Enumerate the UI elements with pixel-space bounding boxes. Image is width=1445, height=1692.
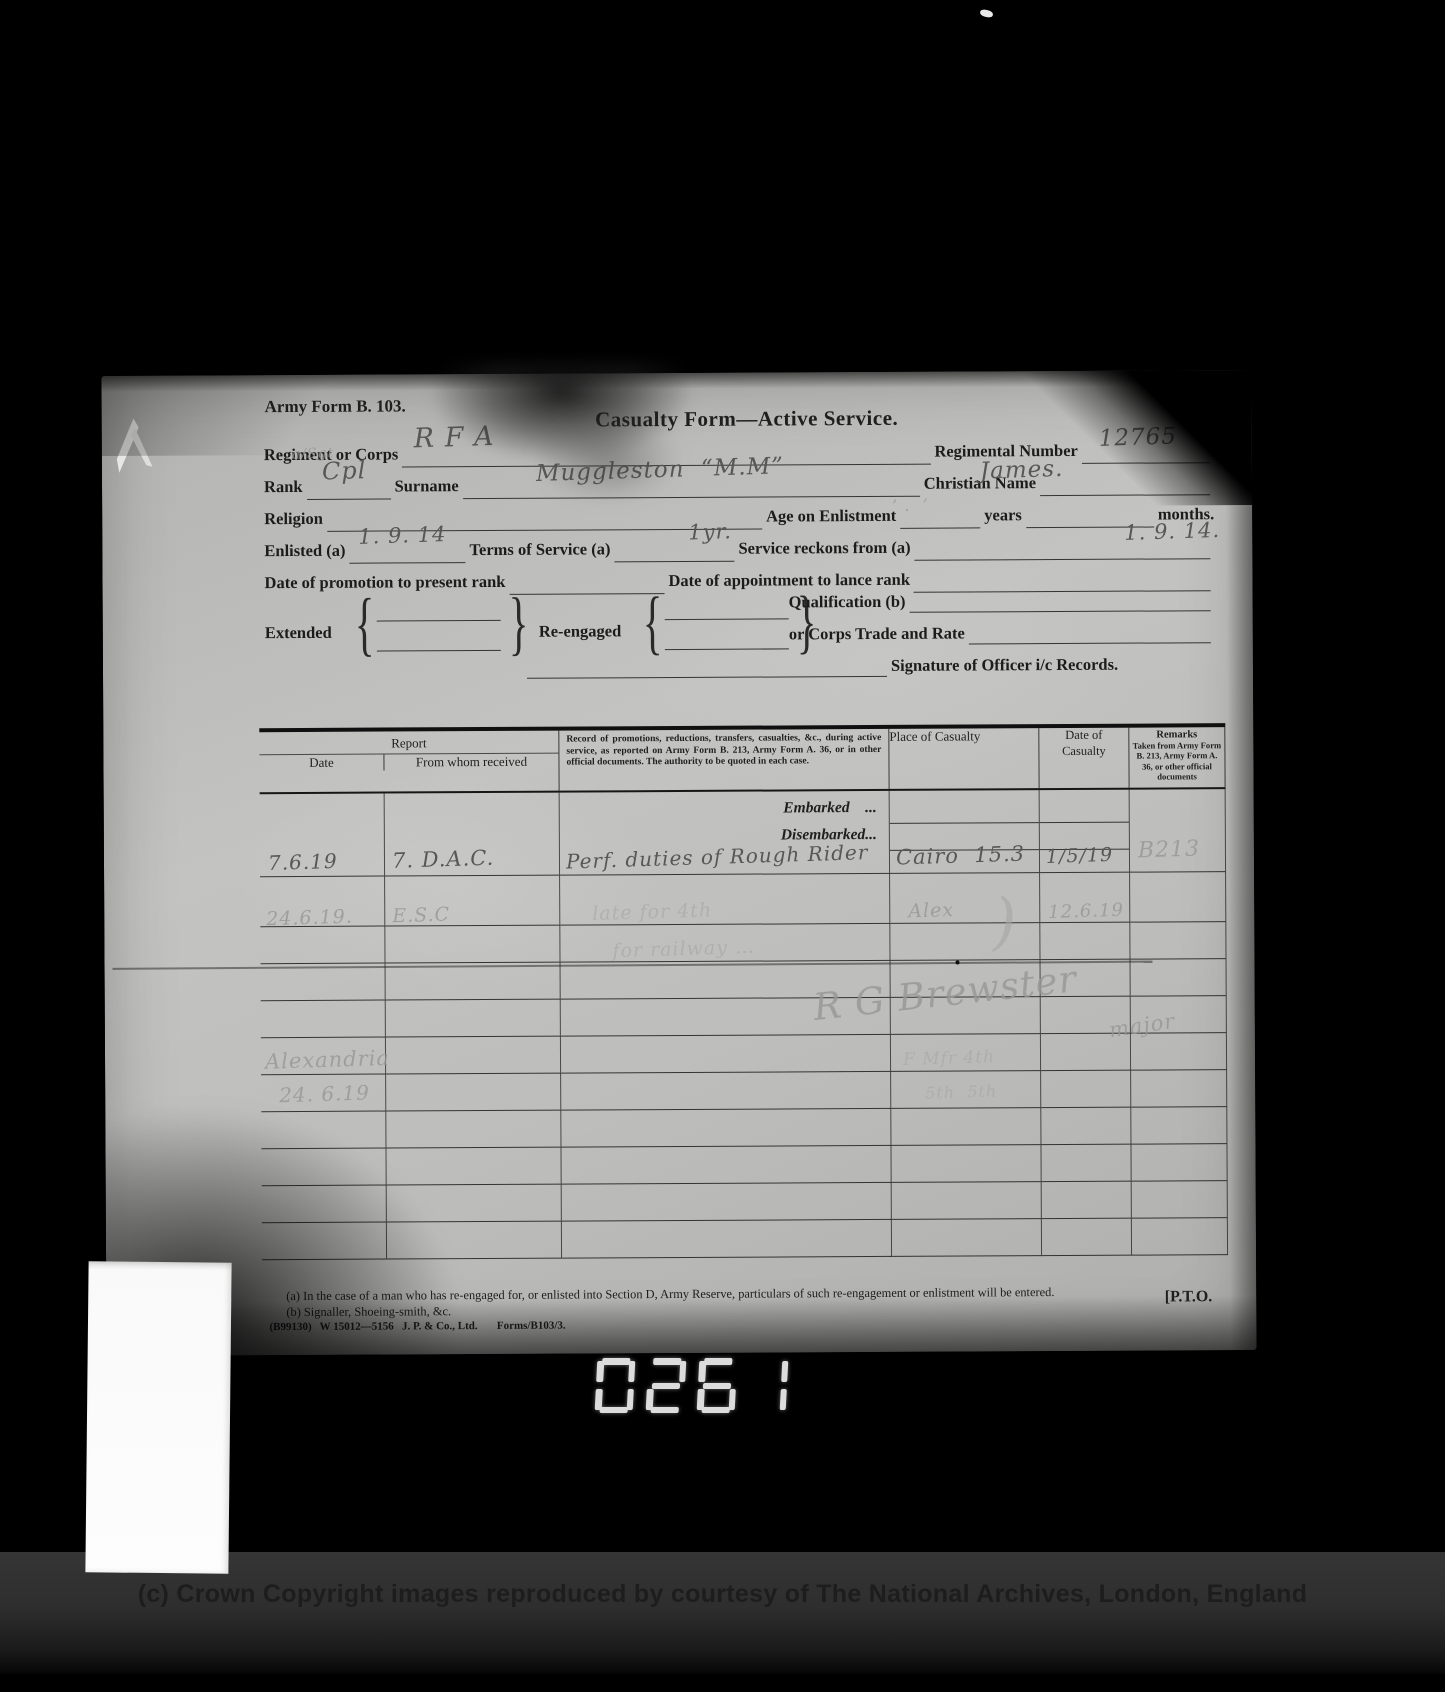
corps-trade-row: or Corps Trade and Rate [789, 622, 1215, 648]
entry3-record: for railway … [612, 938, 755, 961]
entry2-date: 24.6.19. [266, 908, 353, 930]
regiment-value: R F A [413, 423, 495, 453]
footnote-a: (a) In the case of a man who has re-enga… [286, 1285, 1054, 1304]
age-marks: ’ . ’ [892, 497, 929, 514]
date-header: Date [259, 755, 384, 772]
entry4-date: 24. 6.19 [279, 1082, 370, 1105]
table-row [261, 1107, 1227, 1149]
counter-digit [748, 1358, 789, 1413]
regimental-number-rule [1082, 462, 1210, 464]
age-rule [900, 527, 980, 528]
casualty-table: Report Date From whom received Record of… [259, 723, 1228, 1260]
regimental-number-value: 12765 [1098, 425, 1177, 450]
report-header-cell: Report Date From whom received [259, 731, 559, 793]
table-row [261, 1033, 1227, 1075]
entry2-record: late for 4th [592, 901, 712, 924]
microfilm-frame: Army Form B. 103. Casualty Form—Active S… [0, 0, 1445, 1692]
reengaged-rule-2 [665, 648, 789, 650]
surname-rule [463, 496, 920, 499]
rank-rule [307, 499, 391, 500]
film-scratch [129, 428, 154, 469]
extended-rule-1 [377, 620, 501, 622]
pto-label: [P.T.O. [1165, 1288, 1213, 1306]
copyright-watermark: (c) Crown Copyright images reproduced by… [0, 1580, 1445, 1609]
enlisted-label: Enlisted (a) [264, 541, 345, 561]
terms-rule [615, 561, 735, 563]
promotion-label: Date of promotion to present rank [264, 572, 505, 593]
blank-card [85, 1261, 231, 1573]
terms-label: Terms of Service (a) [469, 539, 610, 560]
surname-value: Muggleston “M.M” [536, 455, 785, 486]
terms-value: 1yr. [688, 521, 732, 543]
qualification-row: Qualification (b) [789, 590, 1215, 616]
date-of-casualty-header: Date of Casualty [1039, 728, 1129, 788]
entry4-place: Alexandria [265, 1048, 391, 1073]
printers-imprint: (B99130) W 15012—5156 J. P. & Co., Ltd. … [269, 1320, 565, 1334]
edge-shadow-right [1225, 370, 1256, 1350]
reengaged-rule-1 [665, 618, 789, 620]
signature-label: Signature of Officer i/c Records. [891, 655, 1118, 676]
ink-dot [956, 961, 960, 965]
counter-digit [646, 1358, 687, 1413]
years-label: years [984, 505, 1022, 525]
age-label: Age on Enlistment [766, 506, 896, 527]
entry1-remarks: B213 [1138, 838, 1201, 862]
edge-shadow-top [101, 370, 1251, 392]
christian-name-rule [1040, 494, 1210, 496]
signature-line: Signature of Officer i/c Records. [523, 654, 1181, 681]
remarks-header: Remarks Taken from Army Form B. 213, Arm… [1129, 727, 1225, 788]
counter-digit [697, 1358, 738, 1413]
entry1-place: Cairo 15.3 [896, 844, 1026, 869]
record-header: Record of promotions, reductions, transf… [559, 729, 889, 791]
corps-trade-label: or Corps Trade and Rate [789, 624, 965, 645]
table-row-embarked: Embarked ... [260, 789, 1226, 827]
place-header: Place of Casualty [889, 728, 1039, 789]
document-casualty-form: Army Form B. 103. Casualty Form—Active S… [101, 370, 1256, 1356]
reckons-value: 1. 9. 14. [1124, 520, 1220, 544]
extended-rule-2 [377, 650, 501, 652]
film-speck [979, 9, 993, 19]
frame-counter [595, 1358, 789, 1413]
rank-value: Cpl [322, 458, 367, 483]
table-row [262, 1218, 1228, 1260]
entry2-date-of-casualty: 12.6.19 [1048, 902, 1124, 922]
field-line-name: Rank Surname Christian Name a/Sgt Cpl Mu… [264, 472, 1214, 503]
extended-label: Extended [265, 623, 332, 643]
signature-rule [527, 676, 887, 679]
table-row [261, 1144, 1227, 1186]
brace-open-1: { [355, 586, 375, 664]
brace-open-2: { [643, 584, 663, 662]
brace-close-1: } [509, 585, 529, 663]
rank-label: Rank [264, 477, 303, 497]
reengaged-label: Re-engaged [539, 621, 622, 641]
corps-trade-rule [969, 642, 1211, 644]
religion-label: Religion [264, 509, 323, 529]
entry3-paren: ) [991, 890, 1018, 953]
field-line-enlisted: Enlisted (a) Terms of Service (a) Servic… [264, 536, 1214, 567]
entry2-from: E.S.C [392, 905, 450, 926]
table-header: Report Date From whom received Record of… [259, 723, 1225, 794]
christian-name-value: James. [980, 458, 1064, 484]
counter-digit [595, 1358, 636, 1413]
reckons-rule [915, 558, 1211, 561]
embarked-label: Embarked ... [560, 791, 889, 819]
from-header: From whom received [384, 754, 558, 771]
entry2-place: Alex [908, 901, 954, 921]
report-header: Report [259, 731, 558, 756]
footnote-b: (b) Signaller, Shoeing-smith, &c. [286, 1304, 451, 1320]
lance-label: Date of appointment to lance rank [668, 570, 910, 591]
table-row [261, 996, 1227, 1038]
qualification-rule [910, 610, 1211, 613]
place-scribble-1: F Mfr 4th [903, 1049, 996, 1069]
table-row [262, 1181, 1228, 1223]
entry1-date-of-casualty: 1/5/19 [1046, 846, 1114, 867]
entry1-date: 7.6.19 [268, 851, 338, 873]
enlisted-rule [350, 562, 466, 564]
qualification-label: Qualification (b) [789, 592, 906, 613]
reckons-label: Service reckons from (a) [738, 538, 910, 559]
place-scribble-2: 5th 5th [925, 1083, 997, 1101]
entry1-from: 7. D.A.C. [392, 848, 495, 872]
table-row [261, 1070, 1227, 1112]
enlisted-value: 1. 9. 14 [358, 524, 447, 548]
surname-label: Surname [395, 476, 459, 496]
